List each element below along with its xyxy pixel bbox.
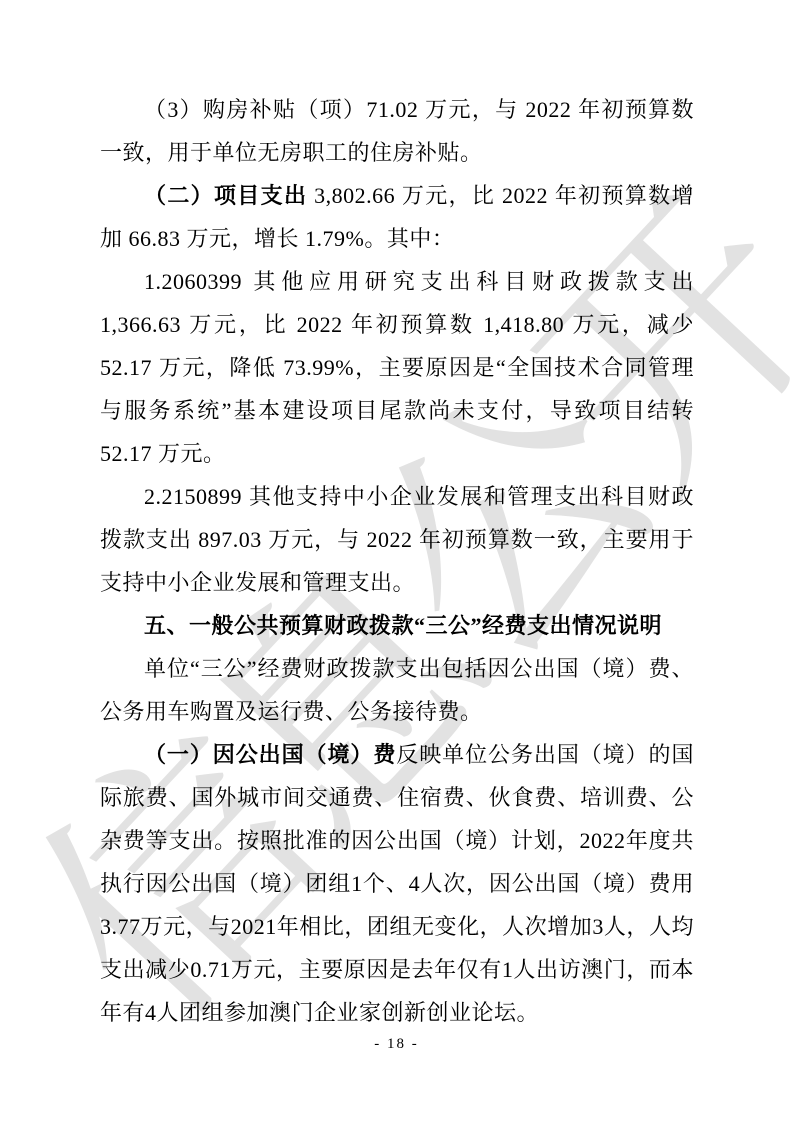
document-page: 信息公开 （3）购房补贴（项）71.02 万元，与 2022 年初预算数一致，用… <box>0 0 793 1122</box>
text-segment: 2.2150899 其他支持中小企业发展和管理支出科目财政拨款支出 897.03… <box>100 484 694 595</box>
text-segment: 单位“三公”经费财政拨款支出包括因公出国（境）费、公务用车购置及运行费、公务接待… <box>100 656 694 724</box>
heading-section-five: 五、一般公共预算财政拨款“三公”经费支出情况说明 <box>100 604 694 647</box>
text-segment: 反映单位公务出国（境）的国际旅费、国外城市间交通费、住宿费、伙食费、培训费、公杂… <box>100 742 694 1025</box>
para-housing-subsidy: （3）购房补贴（项）71.02 万元，与 2022 年初预算数一致，用于单位无房… <box>100 88 694 174</box>
page-number: - 18 - <box>0 1036 793 1053</box>
para-item-1-2060399: 1.2060399 其他应用研究支出科目财政拨款支出 1,366.63 万元，比… <box>100 260 694 475</box>
text-segment: 1.2060399 其他应用研究支出科目财政拨款支出 1,366.63 万元，比… <box>100 269 694 466</box>
para-item-2-2150899: 2.2150899 其他支持中小企业发展和管理支出科目财政拨款支出 897.03… <box>100 475 694 604</box>
para-overseas-travel: （一）因公出国（境）费反映单位公务出国（境）的国际旅费、国外城市间交通费、住宿费… <box>100 733 694 1034</box>
para-three-public-intro: 单位“三公”经费财政拨款支出包括因公出国（境）费、公务用车购置及运行费、公务接待… <box>100 647 694 733</box>
text-segment-bold: 五、一般公共预算财政拨款“三公”经费支出情况说明 <box>144 613 662 638</box>
text-segment-bold: （二）项目支出 <box>144 183 307 208</box>
text-segment: （3）购房补贴（项）71.02 万元，与 2022 年初预算数一致，用于单位无房… <box>100 97 694 165</box>
document-body: （3）购房补贴（项）71.02 万元，与 2022 年初预算数一致，用于单位无房… <box>100 88 694 1034</box>
para-project-expenditure: （二）项目支出 3,802.66 万元，比 2022 年初预算数增加 66.83… <box>100 174 694 260</box>
text-segment-bold: （一）因公出国（境）费 <box>144 742 396 767</box>
